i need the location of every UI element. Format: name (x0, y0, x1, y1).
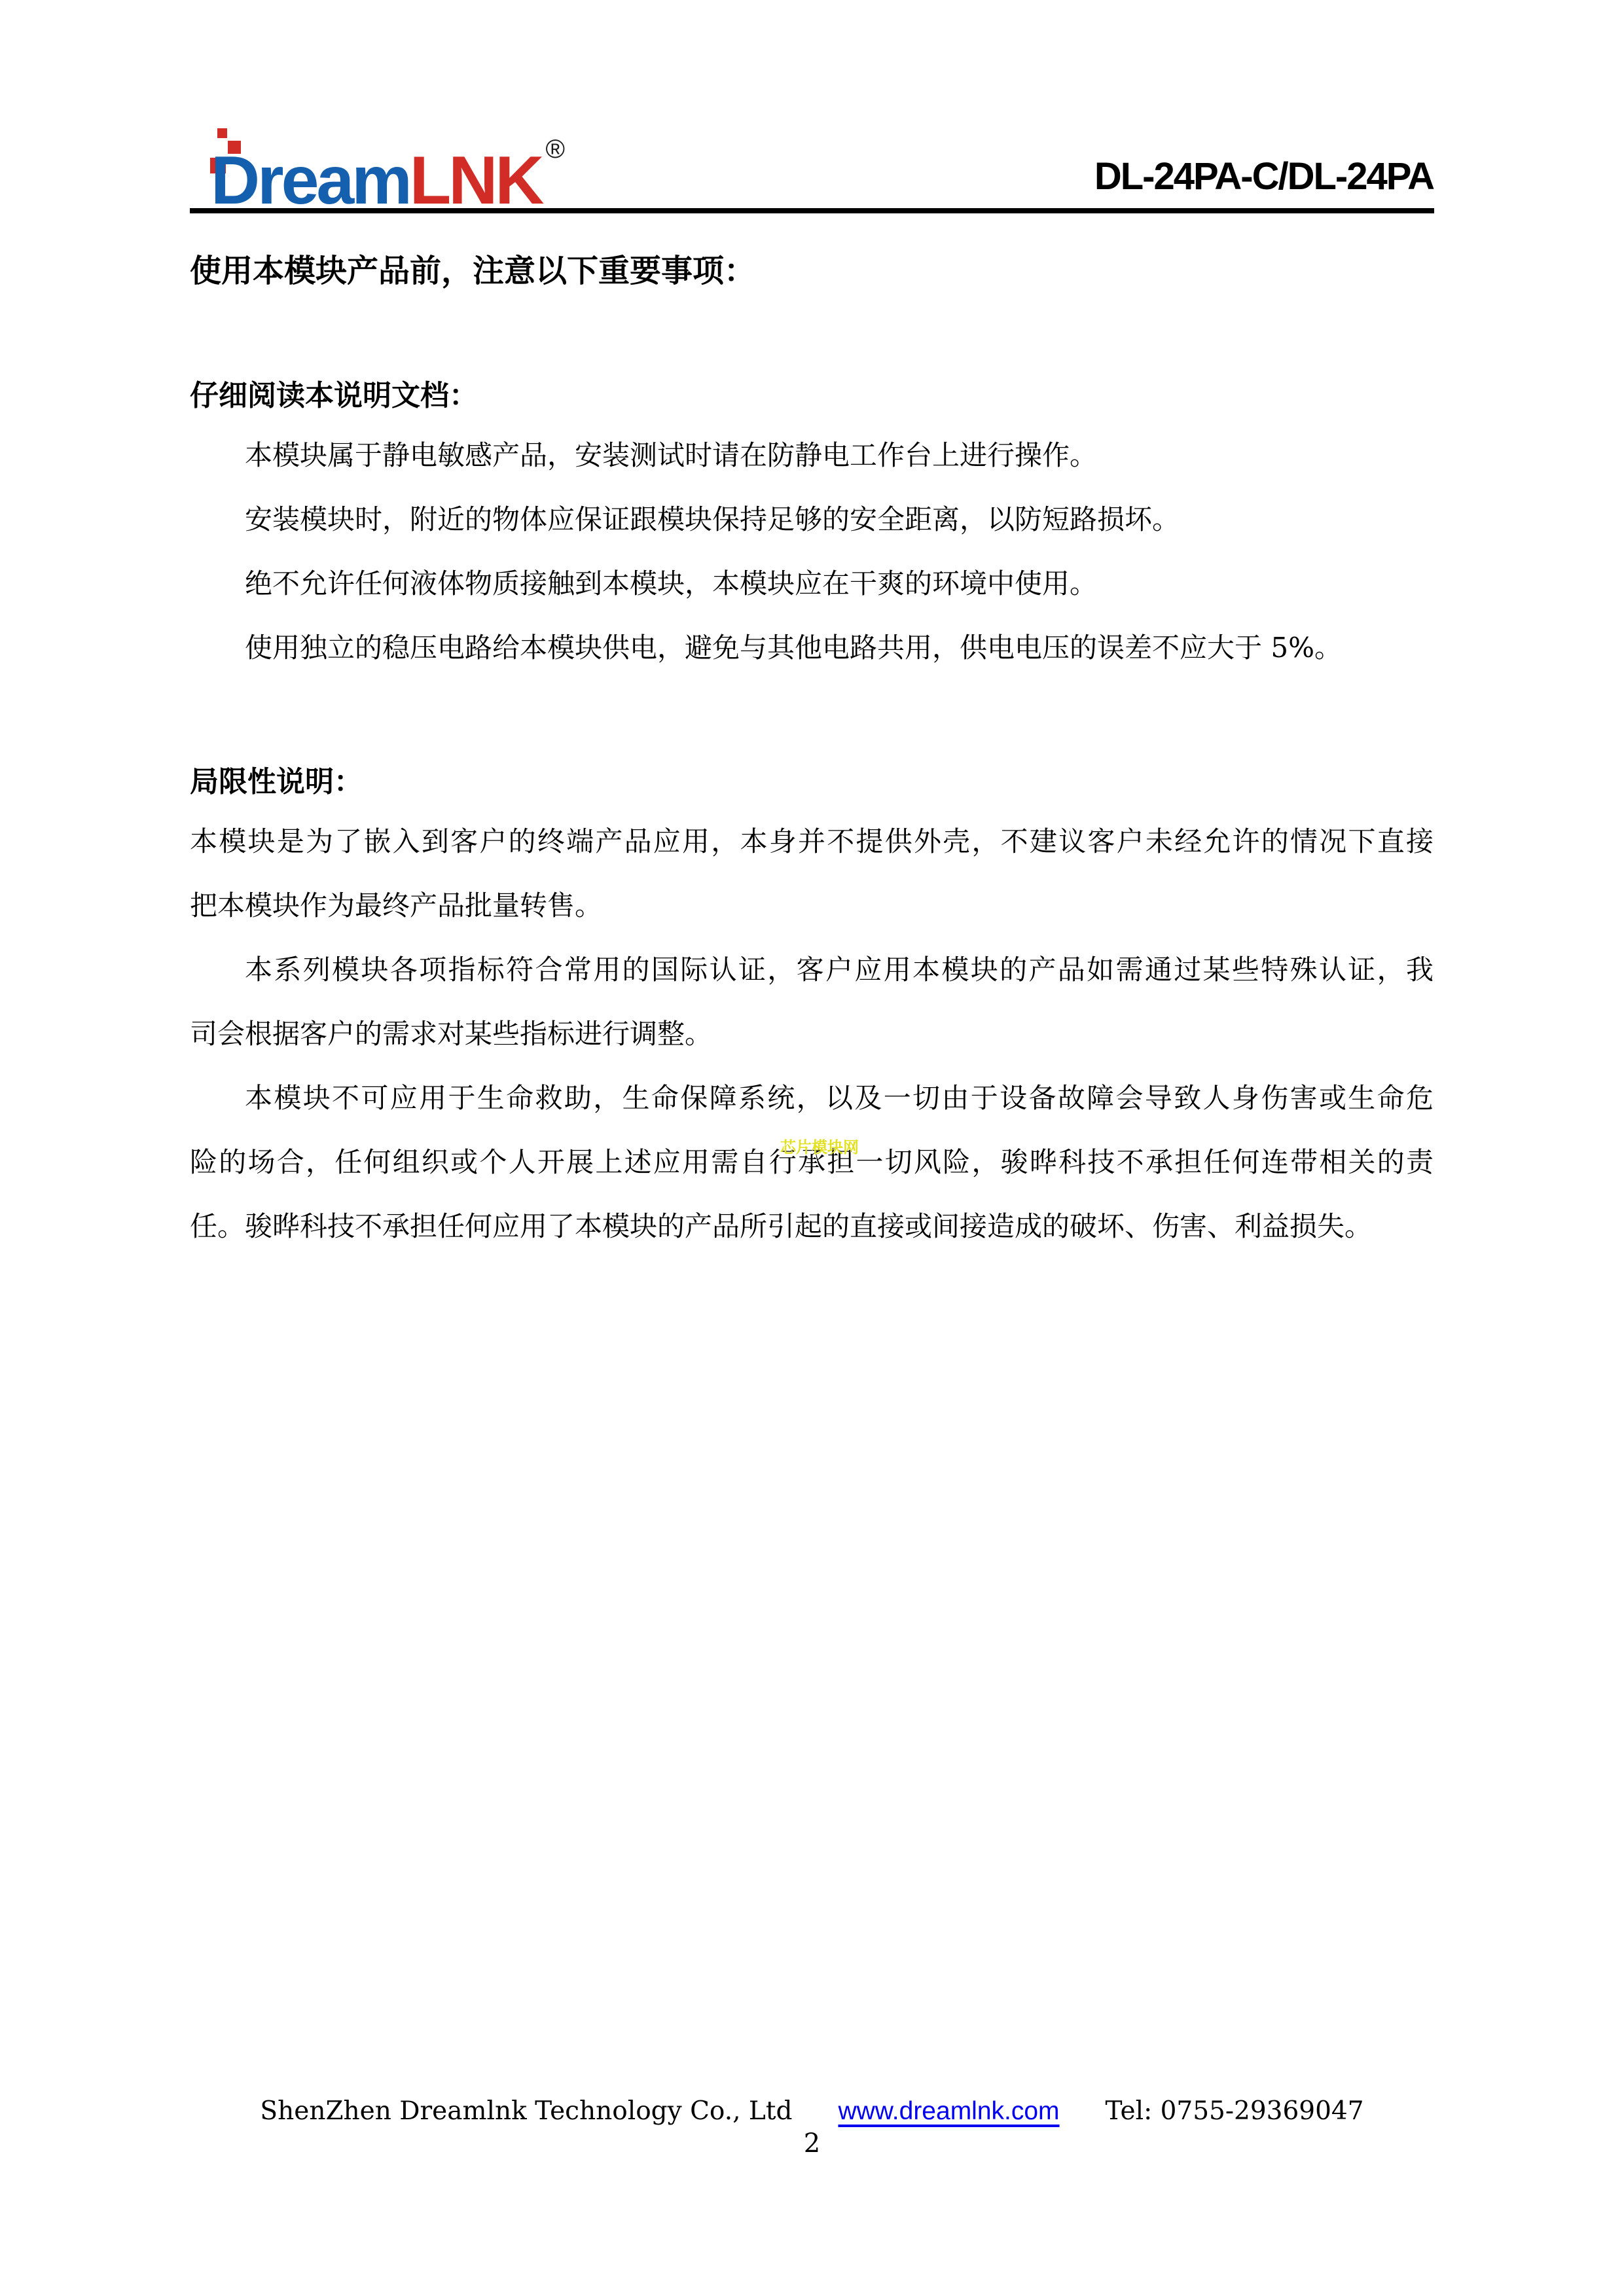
section-heading-limitations: 局限性说明： (190, 758, 1434, 800)
dreamlnk-logo: DreamLNK® (189, 110, 614, 208)
page-footer: ShenZhen Dreamlnk Technology Co., Ltd ww… (0, 2096, 1624, 2126)
document-page: DreamLNK® DL-24PA-C/DL-24PA 使用本模块产品前，注意以… (0, 0, 1624, 2296)
notice-list: 本模块属于静电敏感产品，安装测试时请在防静电工作台上进行操作。 安装模块时，附近… (190, 423, 1434, 680)
logo-text-dream: Dream (211, 143, 410, 219)
section-heading-read-document: 仔细阅读本说明文档： (190, 372, 1434, 414)
page-number: 2 (0, 2128, 1624, 2159)
page-title: 使用本模块产品前，注意以下重要事项： (190, 251, 1434, 291)
product-code-title: DL-24PA-C/DL-24PA (1094, 154, 1434, 198)
notice-line: 绝不允许任何液体物质接触到本模块，本模块应在干爽的环境中使用。 (190, 552, 1434, 616)
footer-website-link[interactable]: www.dreamlnk.com (838, 2097, 1059, 2126)
notice-line: 本模块属于静电敏感产品，安装测试时请在防静电工作台上进行操作。 (190, 423, 1434, 488)
paragraph-line: 本系列模块各项指标符合常用的国际认证，客户应用本模块的产品如需通过某些特殊认证，… (190, 938, 1434, 1002)
header-divider (190, 208, 1434, 213)
paragraph-line: 本模块是为了嵌入到客户的终端产品应用，本身并不提供外壳，不建议客户未经允许的情况… (190, 810, 1434, 874)
logo-wordmark: DreamLNK® (211, 147, 561, 215)
footer-company-name: ShenZhen Dreamlnk Technology Co., Ltd (260, 2096, 792, 2126)
paragraph-line: 任。骏晔科技不承担任何应用了本模块的产品所引起的直接或间接造成的破坏、伤害、利益… (190, 1194, 1434, 1259)
footer-telephone: Tel: 0755-29369047 (1106, 2096, 1364, 2126)
paragraph-line: 把本模块作为最终产品批量转售。 (190, 874, 1434, 938)
watermark-text: 芯片模块网 (780, 1140, 859, 1156)
paragraph-line: 本模块不可应用于生命救助，生命保障系统，以及一切由于设备故障会导致人身伤害或生命… (190, 1066, 1434, 1130)
paragraph-line: 司会根据客户的需求对某些指标进行调整。 (190, 1002, 1434, 1066)
registered-trademark-icon: ® (545, 136, 564, 162)
notice-line: 使用独立的稳压电路给本模块供电，避免与其他电路共用，供电电压的误差不应大于 5%… (190, 616, 1434, 680)
logo-text-lnk: LNK (410, 143, 542, 219)
notice-line: 安装模块时，附近的物体应保证跟模块保持足够的安全距离，以防短路损坏。 (190, 488, 1434, 552)
limitations-paragraphs: 本模块是为了嵌入到客户的终端产品应用，本身并不提供外壳，不建议客户未经允许的情况… (190, 810, 1434, 1259)
logo-square-icon (217, 128, 227, 138)
